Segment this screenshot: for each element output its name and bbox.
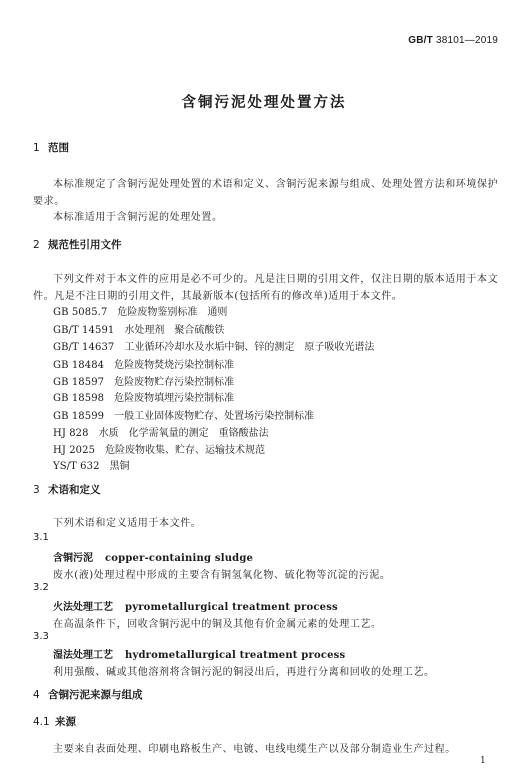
standard-number: 38101—2019 [436, 35, 498, 46]
subsection-heading-4-1: 4.1来源 [33, 714, 76, 729]
reference-code: GB/T 14591 [53, 325, 114, 336]
paragraph-continuation: 件。凡是不注日期的引用文件，其最新版本(包括所有的修改单)适用于本文件。 [33, 287, 402, 302]
paragraph: 下列文件对于本文件的应用是必不可少的。凡是注日期的引用文件，仅注日期的版本适用于… [53, 270, 498, 285]
section-title: 范围 [48, 142, 69, 154]
section-title: 含铜污泥来源与组成 [48, 689, 143, 701]
section-number: 1 [33, 142, 48, 154]
standard-code: GB/T 38101—2019 [0, 35, 498, 46]
reference-code: GB 18599 [53, 411, 104, 422]
reference-title: 工业循环冷却水及水垢中铜、锌的测定 原子吸收光谱法 [124, 342, 374, 353]
reference-code: GB 18484 [53, 360, 104, 371]
reference-item: GB 18597危险废物贮存污染控制标准 [53, 373, 234, 388]
reference-code: GB 5085.7 [53, 307, 107, 318]
term-en: pyrometallurgical treatment process [125, 602, 338, 613]
term-definition: 利用强酸、碱或其他溶剂将含铜污泥的铜浸出后，再进行分离和回收的处理工艺。 [53, 663, 435, 678]
reference-title: 危险废物贮存污染控制标准 [114, 377, 234, 388]
reference-item: GB 18598危险废物填埋污染控制标准 [53, 389, 234, 404]
paragraph: 主要来自表面处理、印刷电路板生产、电镀、电线电缆生产以及部分制造业生产过程。 [53, 740, 456, 755]
reference-item: GB/T 14591水处理剂 聚合硫酸铁 [53, 321, 224, 336]
clause-number: 3.2 [33, 582, 49, 593]
paragraph: 本标准适用于含铜污泥的处理处置。 [53, 208, 223, 223]
section-heading-2: 2规范性引用文件 [33, 237, 122, 252]
reference-code: HJ 828 [53, 428, 89, 439]
term-definition: 废水(液)处理过程中形成的主要含有铜氢氧化物、硫化物等沉淀的污泥。 [53, 566, 391, 581]
reference-code: YS/T 632 [53, 461, 100, 472]
paragraph: 下列术语和定义适用于本文件。 [53, 514, 201, 529]
page-number: 1 [480, 756, 486, 766]
section-number: 2 [33, 239, 48, 251]
reference-title: 危险废物填埋污染控制标准 [114, 393, 234, 404]
paragraph-continuation: 要求。 [33, 192, 65, 207]
reference-title: 水质 化学需氧量的测定 重铬酸盐法 [99, 428, 269, 439]
term-heading: 含铜污泥copper-containing sludge [53, 549, 253, 564]
clause-number: 3.3 [33, 631, 49, 642]
section-heading-4: 4含铜污泥来源与组成 [33, 687, 143, 702]
reference-item: GB/T 14637工业循环冷却水及水垢中铜、锌的测定 原子吸收光谱法 [53, 338, 374, 353]
reference-title: 危险废物鉴别标准 通则 [117, 307, 227, 318]
subsection-number: 4.1 [33, 716, 55, 728]
term-heading: 湿法处理工艺hydrometallurgical treatment proce… [53, 646, 345, 661]
reference-code: GB 18598 [53, 393, 104, 404]
reference-code: GB/T 14637 [53, 342, 114, 353]
reference-item: HJ 828水质 化学需氧量的测定 重铬酸盐法 [53, 424, 269, 439]
reference-item: GB 18484危险废物焚烧污染控制标准 [53, 356, 234, 371]
reference-title: 危险废物收集、贮存、运输技术规范 [105, 445, 265, 456]
reference-title: 水处理剂 聚合硫酸铁 [124, 325, 224, 336]
reference-title: 黑铜 [110, 461, 130, 472]
section-title: 术语和定义 [48, 484, 101, 496]
term-en: copper-containing sludge [105, 553, 253, 564]
reference-title: 一般工业固体废物贮存、处置场污染控制标准 [114, 411, 314, 422]
reference-code: GB 18597 [53, 377, 104, 388]
section-title: 规范性引用文件 [48, 239, 122, 251]
term-heading: 火法处理工艺pyrometallurgical treatment proces… [53, 598, 338, 613]
section-number: 3 [33, 484, 48, 496]
reference-item: HJ 2025危险废物收集、贮存、运输技术规范 [53, 441, 265, 456]
reference-item: GB 5085.7危险废物鉴别标准 通则 [53, 303, 227, 318]
section-heading-1: 1范围 [33, 140, 69, 155]
reference-item: YS/T 632黑铜 [53, 457, 130, 472]
reference-code: HJ 2025 [53, 445, 95, 456]
subsection-title: 来源 [55, 716, 76, 728]
term-en: hydrometallurgical treatment process [125, 650, 345, 661]
reference-title: 危险废物焚烧污染控制标准 [114, 360, 234, 371]
document-title: 含铜污泥处理处置方法 [0, 91, 528, 112]
section-number: 4 [33, 689, 48, 701]
standard-prefix: GB/T [408, 35, 433, 46]
term-zh: 火法处理工艺 [53, 602, 113, 613]
section-heading-3: 3术语和定义 [33, 482, 101, 497]
reference-item: GB 18599一般工业固体废物贮存、处置场污染控制标准 [53, 407, 314, 422]
term-zh: 湿法处理工艺 [53, 650, 113, 661]
term-zh: 含铜污泥 [53, 553, 93, 564]
clause-number: 3.1 [33, 532, 49, 543]
paragraph: 本标准规定了含铜污泥处理处置的术语和定义、含铜污泥来源与组成、处理处置方法和环境… [53, 175, 498, 190]
term-definition: 在高温条件下，回收含铜污泥中的铜及其他有价金属元素的处理工艺。 [53, 615, 382, 630]
